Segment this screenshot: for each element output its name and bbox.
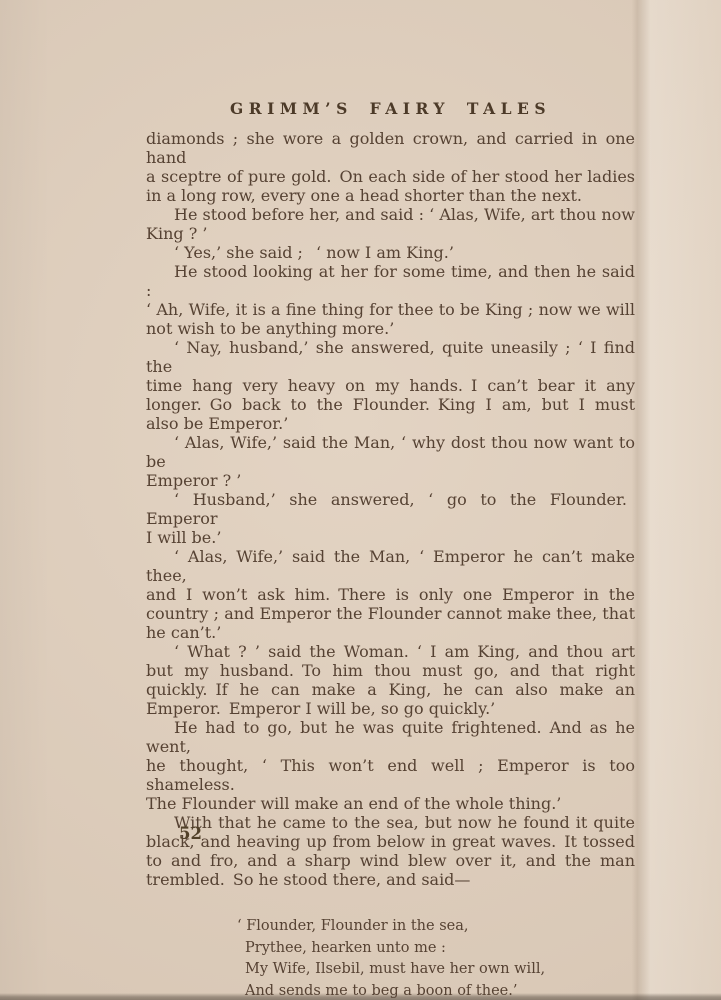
text-line: trembled. So he stood there, and said— (146, 870, 635, 889)
paragraph: He stood before her, and said : ‘ Alas, … (146, 205, 635, 243)
paragraph: ‘ Alas, Wife,’ said the Man, ‘ Emperor h… (146, 547, 635, 642)
text-line: not wish to be anything more.’ (146, 319, 635, 338)
paragraph: He stood looking at her for some time, a… (146, 262, 635, 338)
text-line: ‘ Alas, Wife,’ said the Man, ‘ why dost … (146, 433, 635, 471)
page-number: 52 (179, 824, 202, 843)
text-line: a sceptre of pure gold. On each side of … (146, 167, 635, 186)
paragraph: ‘ Yes,’ she said ; ‘ now I am King.’ (146, 243, 635, 262)
text-line: black, and heaving up from below in grea… (146, 832, 635, 851)
text-line: ‘ What ? ’ said the Woman. ‘ I am King, … (146, 642, 635, 661)
text-line: and I won’t ask him. There is only one E… (146, 585, 635, 604)
text-line: Emperor. Emperor I will be, so go quickl… (146, 699, 635, 718)
verse-block: ‘ Flounder, Flounder in the sea, Prythee… (237, 916, 635, 1000)
text-line: diamonds ; she wore a golden crown, and … (146, 129, 635, 167)
paragraph: With that he came to the sea, but now he… (146, 813, 635, 889)
paragraph: ‘ Husband,’ she answered, ‘ go to the Fl… (146, 490, 635, 547)
text-line: ‘ Husband,’ she answered, ‘ go to the Fl… (146, 490, 635, 528)
text-line: he can’t.’ (146, 623, 635, 642)
text-line: but my husband. To him thou must go, and… (146, 661, 635, 680)
text-line: time hang very heavy on my hands. I can’… (146, 376, 635, 395)
text-line: country ; and Emperor the Flounder canno… (146, 604, 635, 623)
running-head: GRIMM’S FAIRY TALES (146, 99, 635, 118)
paragraph: ‘ Nay, husband,’ she answered, quite une… (146, 338, 635, 433)
text-line: ‘ Nay, husband,’ she answered, quite une… (146, 338, 635, 376)
text-line: also be Emperor.’ (146, 414, 635, 433)
verse-line: My Wife, Ilsebil, must have her own will… (237, 959, 635, 981)
text-line: ‘ Yes,’ she said ; ‘ now I am King.’ (146, 243, 635, 262)
text-line: He stood looking at her for some time, a… (146, 262, 635, 300)
verse-line: Prythee, hearken unto me : (237, 938, 635, 960)
text-line: He had to go, but he was quite frightene… (146, 718, 635, 756)
paragraph: ‘ Alas, Wife,’ said the Man, ‘ why dost … (146, 433, 635, 490)
verse-line: And sends me to beg a boon of thee.’ (237, 981, 635, 1000)
text-line: Emperor ? ’ (146, 471, 635, 490)
paragraph: ‘ What ? ’ said the Woman. ‘ I am King, … (146, 642, 635, 718)
text-line: longer. Go back to the Flounder. King I … (146, 395, 635, 414)
text-line: The Flounder will make an end of the who… (146, 794, 635, 813)
book-page-scan: GRIMM’S FAIRY TALES diamonds ; she wore … (0, 0, 721, 1000)
text-line: With that he came to the sea, but now he… (146, 813, 635, 832)
text-line: quickly. If he can make a King, he can a… (146, 680, 635, 699)
verse-line: ‘ Flounder, Flounder in the sea, (237, 916, 635, 938)
text-line: he thought, ‘ This won’t end well ; Empe… (146, 756, 635, 794)
text-line: in a long row, every one a head shorter … (146, 186, 635, 205)
text-line: He stood before her, and said : ‘ Alas, … (146, 205, 635, 224)
text-line: ‘ Alas, Wife,’ said the Man, ‘ Emperor h… (146, 547, 635, 585)
paragraph: diamonds ; she wore a golden crown, and … (146, 129, 635, 205)
paragraph: He had to go, but he was quite frightene… (146, 718, 635, 813)
text-block: diamonds ; she wore a golden crown, and … (146, 129, 635, 1000)
text-line: I will be.’ (146, 528, 635, 547)
text-line: King ? ’ (146, 224, 635, 243)
text-line: to and fro, and a sharp wind blew over i… (146, 851, 635, 870)
text-line: ‘ Ah, Wife, it is a fine thing for thee … (146, 300, 635, 319)
